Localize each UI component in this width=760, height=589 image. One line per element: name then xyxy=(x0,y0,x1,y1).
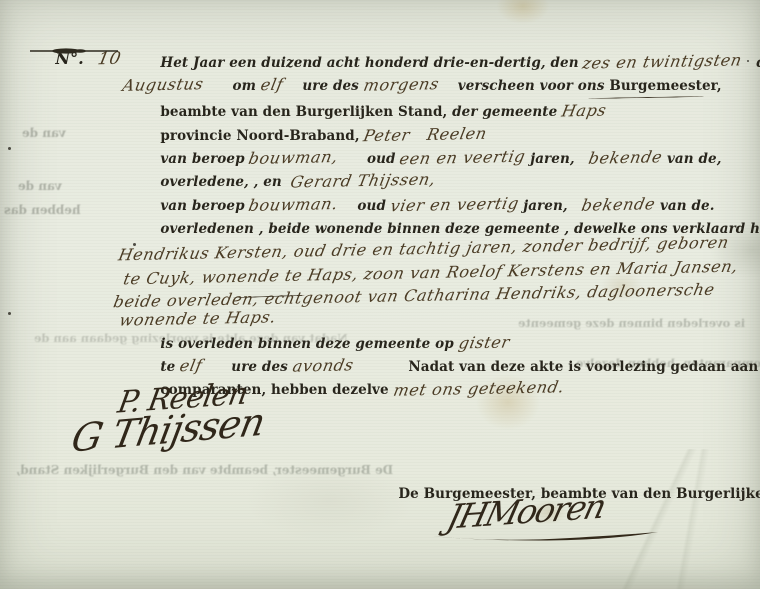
bleedthrough-text: hebben das xyxy=(4,203,81,217)
number-underline-rule xyxy=(28,46,120,56)
signature-witness-2: G Thijssen xyxy=(68,399,268,461)
ink-speck xyxy=(133,243,136,246)
bleedthrough-text: De Burgemeester, beambte van den Burgerl… xyxy=(16,463,393,477)
handwritten-municipality: Haps xyxy=(560,101,608,121)
printed-text: der maand xyxy=(742,55,760,71)
printed-text: van de, xyxy=(662,151,721,167)
handwritten-text: met ons geteekend. xyxy=(391,377,565,400)
death-certificate-page: N°.10 van de van de hebben das is overle… xyxy=(0,0,760,589)
printed-text: jaren, xyxy=(525,151,589,167)
bleedthrough-text: van de xyxy=(18,179,62,193)
ink-speck xyxy=(8,312,11,315)
signature-flourish xyxy=(430,528,660,542)
handwritten-text: bekende xyxy=(587,147,664,168)
bleedthrough-text: van de xyxy=(22,126,66,140)
printed-text: Burgemeester, xyxy=(609,78,721,94)
ink-speck xyxy=(747,60,749,62)
ink-speck xyxy=(8,147,11,150)
